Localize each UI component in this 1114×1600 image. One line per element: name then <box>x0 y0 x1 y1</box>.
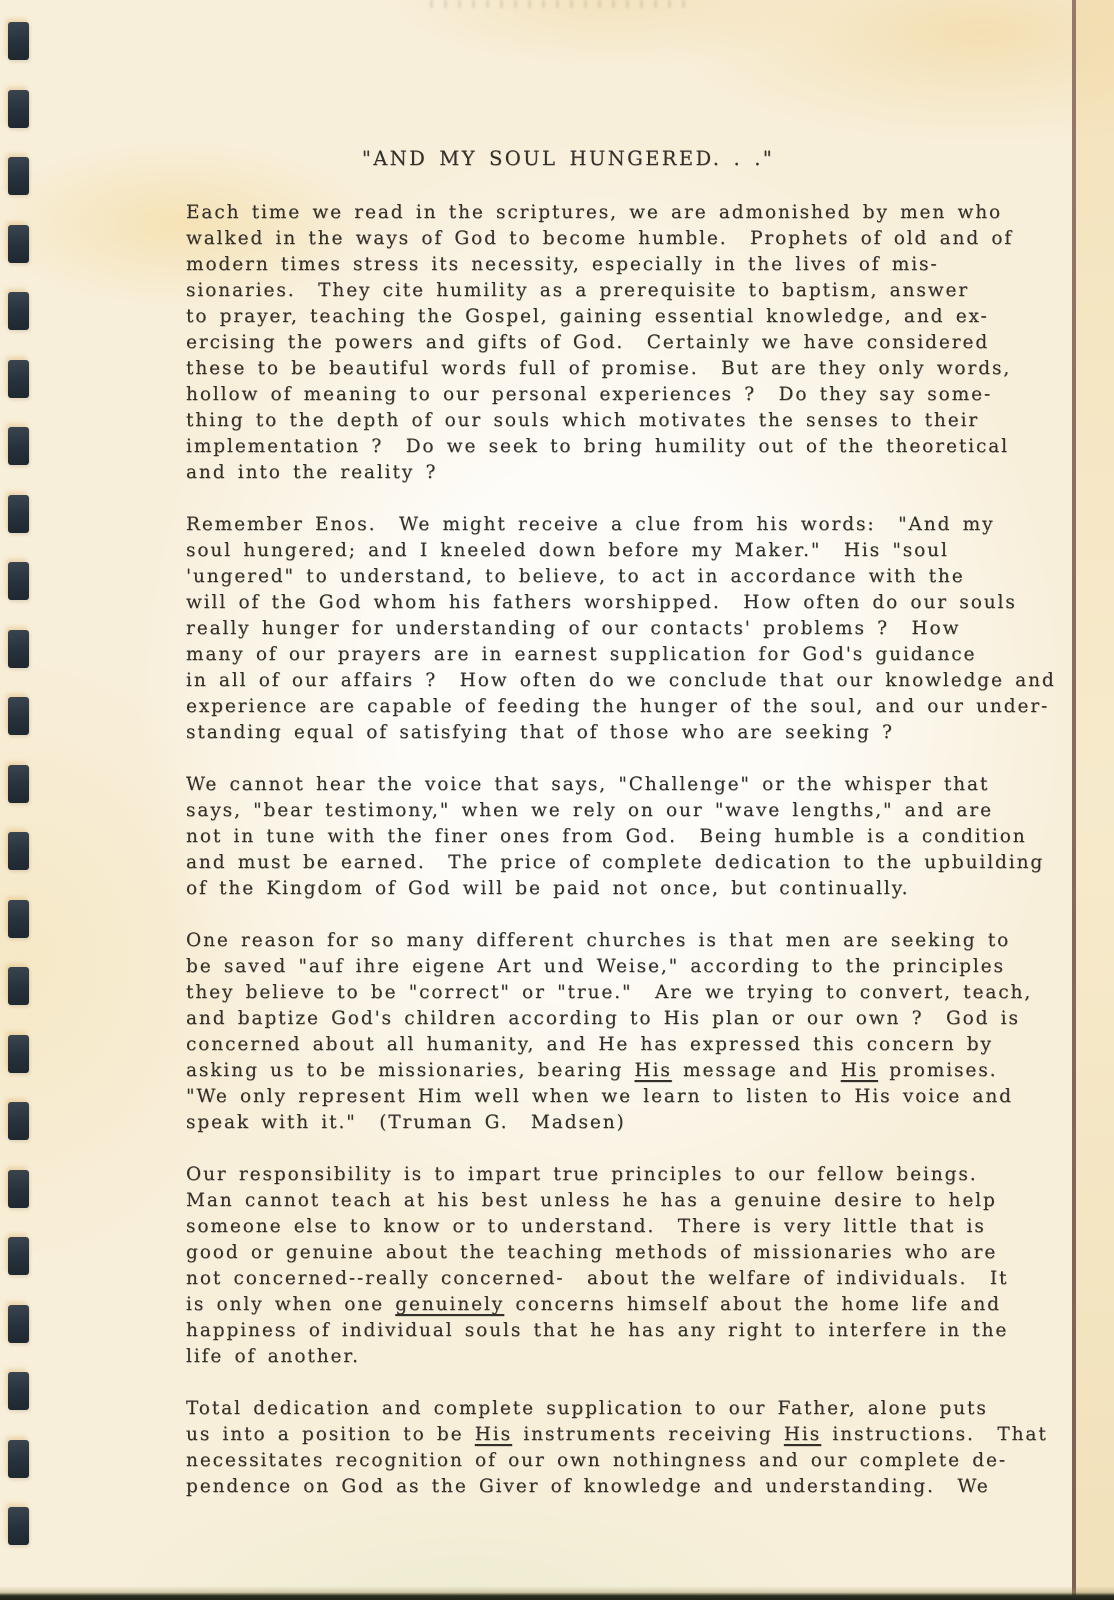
text-line: Man cannot teach at his best unless he h… <box>186 1188 1026 1214</box>
text-line: will of the God whom his fathers worship… <box>186 590 1026 616</box>
binding-hole <box>8 630 29 668</box>
text-line: implementation ? Do we seek to bring hum… <box>186 434 1026 460</box>
text-line: concerned about all humanity, and He has… <box>186 1032 1026 1058</box>
underlined-word: His <box>635 1060 672 1081</box>
underlined-word: His <box>841 1060 878 1081</box>
text-line: to prayer, teaching the Gospel, gaining … <box>186 304 1026 330</box>
binding-strip <box>8 22 34 1545</box>
text-line: says, "bear testimony," when we rely on … <box>186 798 1026 824</box>
binding-hole <box>8 562 29 600</box>
binding-hole <box>8 22 29 60</box>
text-line: many of our prayers are in earnest suppl… <box>186 642 1026 668</box>
text-line: necessitates recognition of our own noth… <box>186 1448 1026 1474</box>
text-line: One reason for so many different churche… <box>186 928 1026 954</box>
text-line: sionaries. They cite humility as a prere… <box>186 278 1026 304</box>
page-right-margin <box>1076 0 1114 1600</box>
text-line: not in tune with the finer ones from God… <box>186 824 1026 850</box>
document-text-block: "AND MY SOUL HUNGERED. . ." Each time we… <box>186 146 1026 1526</box>
binding-hole <box>8 427 29 465</box>
text-line: "We only represent Him well when we lear… <box>186 1084 1026 1110</box>
binding-hole <box>8 765 29 803</box>
underlined-word: His <box>475 1424 512 1445</box>
binding-hole <box>8 1507 29 1545</box>
text-line: and baptize God's children according to … <box>186 1006 1026 1032</box>
text-line: happiness of individual souls that he ha… <box>186 1318 1026 1344</box>
text-line: and into the reality ? <box>186 460 1026 486</box>
underlined-word: genuinely <box>395 1294 504 1315</box>
binding-hole <box>8 495 29 533</box>
document-title: "AND MY SOUL HUNGERED. . ." <box>186 146 950 172</box>
binding-hole <box>8 1170 29 1208</box>
binding-hole <box>8 1305 29 1343</box>
binding-hole <box>8 225 29 263</box>
text-line: life of another. <box>186 1344 1026 1370</box>
text-line: they believe to be "correct" or "true." … <box>186 980 1026 1006</box>
text-line: Remember Enos. We might receive a clue f… <box>186 512 1026 538</box>
binding-hole <box>8 292 29 330</box>
text-line: experience are capable of feeding the hu… <box>186 694 1026 720</box>
binding-hole <box>8 360 29 398</box>
text-line: Our responsibility is to impart true pri… <box>186 1162 1026 1188</box>
paragraph: Each time we read in the scriptures, we … <box>186 200 1026 486</box>
text-line: is only when one genuinely concerns hims… <box>186 1292 1026 1318</box>
text-line: in all of our affairs ? How often do we … <box>186 668 1026 694</box>
text-line: asking us to be missionaries, bearing Hi… <box>186 1058 1026 1084</box>
paragraph: One reason for so many different churche… <box>186 928 1026 1136</box>
binding-hole <box>8 1237 29 1275</box>
scanned-document-page: "AND MY SOUL HUNGERED. . ." Each time we… <box>0 0 1114 1600</box>
text-line: of the Kingdom of God will be paid not o… <box>186 876 1026 902</box>
paragraph: Total dedication and complete supplicati… <box>186 1396 1026 1500</box>
text-line: someone else to know or to understand. T… <box>186 1214 1026 1240</box>
text-line: be saved "auf ihre eigene Art und Weise,… <box>186 954 1026 980</box>
binding-hole <box>8 157 29 195</box>
text-line: soul hungered; and I kneeled down before… <box>186 538 1026 564</box>
binding-hole <box>8 1440 29 1478</box>
text-line: good or genuine about the teaching metho… <box>186 1240 1026 1266</box>
binding-hole <box>8 967 29 1005</box>
binding-hole <box>8 900 29 938</box>
text-line: Each time we read in the scriptures, we … <box>186 200 1026 226</box>
text-line: really hunger for understanding of our c… <box>186 616 1026 642</box>
text-line: these to be beautiful words full of prom… <box>186 356 1026 382</box>
text-line: We cannot hear the voice that says, "Cha… <box>186 772 1026 798</box>
text-line: and must be earned. The price of complet… <box>186 850 1026 876</box>
paragraph: We cannot hear the voice that says, "Cha… <box>186 772 1026 902</box>
text-line: Total dedication and complete supplicati… <box>186 1396 1026 1422</box>
text-line: not concerned--really concerned- about t… <box>186 1266 1026 1292</box>
binding-hole <box>8 1035 29 1073</box>
binding-hole <box>8 832 29 870</box>
pencil-smudge <box>430 0 690 8</box>
page-bottom-edge <box>0 1586 1114 1600</box>
underlined-word: His <box>784 1424 821 1445</box>
text-line: 'ungered" to understand, to believe, to … <box>186 564 1026 590</box>
paragraph: Remember Enos. We might receive a clue f… <box>186 512 1026 746</box>
text-line: walked in the ways of God to become humb… <box>186 226 1026 252</box>
binding-hole <box>8 90 29 128</box>
text-line: speak with it." (Truman G. Madsen) <box>186 1110 1026 1136</box>
binding-hole <box>8 697 29 735</box>
binding-hole <box>8 1102 29 1140</box>
text-line: ercising the powers and gifts of God. Ce… <box>186 330 1026 356</box>
document-body: Each time we read in the scriptures, we … <box>186 200 1026 1500</box>
text-line: thing to the depth of our souls which mo… <box>186 408 1026 434</box>
paragraph: Our responsibility is to impart true pri… <box>186 1162 1026 1370</box>
text-line: standing equal of satisfying that of tho… <box>186 720 1026 746</box>
binding-hole <box>8 1372 29 1410</box>
text-line: us into a position to be His instruments… <box>186 1422 1026 1448</box>
text-line: modern times stress its necessity, espec… <box>186 252 1026 278</box>
text-line: pendence on God as the Giver of knowledg… <box>186 1474 1026 1500</box>
text-line: hollow of meaning to our personal experi… <box>186 382 1026 408</box>
